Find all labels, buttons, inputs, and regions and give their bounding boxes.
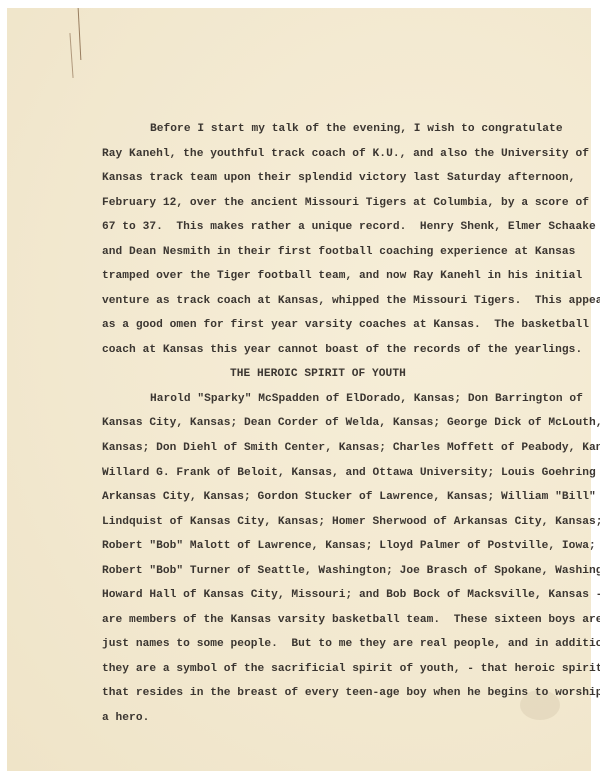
text-line: Before I start my talk of the evening, I… — [150, 122, 563, 136]
text-line: Kansas track team upon their splendid vi… — [102, 171, 575, 185]
text-line: just names to some people. But to me the… — [102, 637, 600, 651]
text-line: Lindquist of Kansas City, Kansas; Homer … — [102, 515, 600, 529]
text-line: Robert "Bob" Turner of Seattle, Washingt… — [102, 564, 600, 578]
text-line: February 12, over the ancient Missouri T… — [102, 196, 589, 210]
text-line: Harold "Sparky" McSpadden of ElDorado, K… — [150, 392, 583, 406]
text-line: Kansas; Don Diehl of Smith Center, Kansa… — [102, 441, 600, 455]
text-line: and Dean Nesmith in their first football… — [102, 245, 575, 259]
text-line: are members of the Kansas varsity basket… — [102, 613, 600, 627]
text-line: Ray Kanehl, the youthful track coach of … — [102, 147, 589, 161]
text-line: tramped over the Tiger football team, an… — [102, 269, 582, 283]
text-line: they are a symbol of the sacrificial spi… — [102, 662, 600, 676]
text-line: coach at Kansas this year cannot boast o… — [102, 343, 582, 357]
text-line: Willard G. Frank of Beloit, Kansas, and … — [102, 466, 600, 480]
section-heading: THE HEROIC SPIRIT OF YOUTH — [230, 367, 406, 381]
text-line: Arkansas City, Kansas; Gordon Stucker of… — [102, 490, 596, 504]
text-line: that resides in the breast of every teen… — [102, 686, 600, 700]
text-line: Howard Hall of Kansas City, Missouri; an… — [102, 588, 600, 602]
text-line: 67 to 37. This makes rather a unique rec… — [102, 220, 596, 234]
text-line: a hero. — [102, 711, 149, 725]
text-line: Robert "Bob" Malott of Lawrence, Kansas;… — [102, 539, 596, 553]
text-line: venture as track coach at Kansas, whippe… — [102, 294, 600, 308]
text-line: as a good omen for first year varsity co… — [102, 318, 589, 332]
text-line: Kansas City, Kansas; Dean Corder of Weld… — [102, 416, 600, 430]
